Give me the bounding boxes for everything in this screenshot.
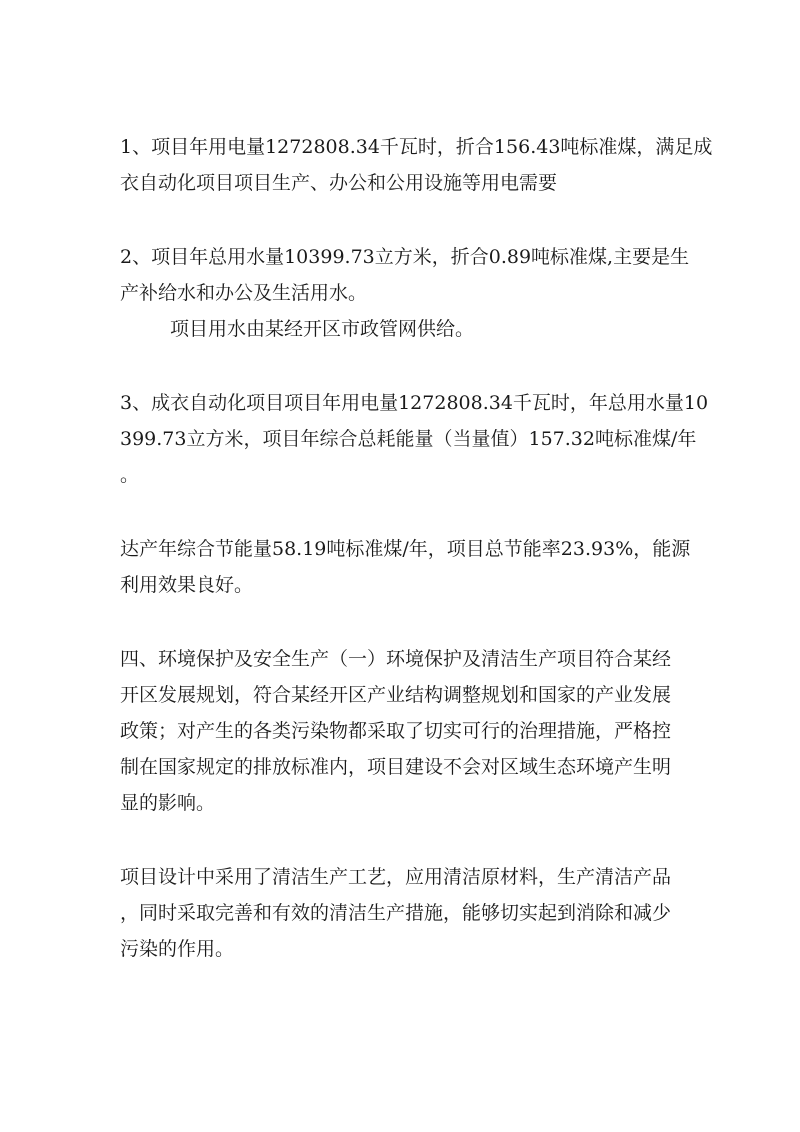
text-line: 衣自动化项目项目生产、办公和公用设施等用电需要	[120, 171, 557, 195]
text-line: 政策；对产生的各类污染物都采取了切实可行的治理措施，严格控	[120, 719, 671, 743]
text-line: 四、环境保护及安全生产（一）环境保护及清洁生产项目符合某经	[120, 647, 671, 671]
text-line: 达产年综合节能量58.19吨标准煤/年，项目总节能率23.93%，能源	[120, 537, 690, 561]
text-line: 项目设计中采用了清洁生产工艺，应用清洁原材料，生产清洁产品	[120, 865, 671, 889]
text-line: 项目用水由某经开区市政管网供给。	[170, 317, 474, 341]
text-line: 产补给水和办公及生活用水。	[120, 281, 367, 305]
text-line: 显的影响。	[120, 791, 215, 815]
text-line: 。	[120, 463, 139, 487]
text-line: 利用效果良好。	[120, 573, 253, 597]
text-line: 污染的作用。	[120, 937, 234, 961]
text-line: 开区发展规划，符合某经开区产业结构调整规划和国家的产业发展	[120, 683, 671, 707]
text-line: 1、项目年用电量1272808.34千瓦时，折合156.43吨标准煤，满足成	[120, 135, 712, 159]
text-line: 399.73立方米，项目年综合总耗能量（当量值）157.32吨标准煤/年	[120, 427, 696, 451]
text-line: 制在国家规定的排放标准内，项目建设不会对区域生态环境产生明	[120, 755, 671, 779]
document-page: 1、项目年用电量1272808.34千瓦时，折合156.43吨标准煤，满足成 衣…	[0, 0, 800, 1132]
text-line: 3、成衣自动化项目项目年用电量1272808.34千瓦时，年总用水量10	[120, 391, 708, 415]
text-line: 2、项目年总用水量10399.73立方米，折合0.89吨标准煤,主要是生	[120, 245, 689, 269]
text-line: ，同时采取完善和有效的清洁生产措施，能够切实起到消除和减少	[120, 901, 671, 925]
